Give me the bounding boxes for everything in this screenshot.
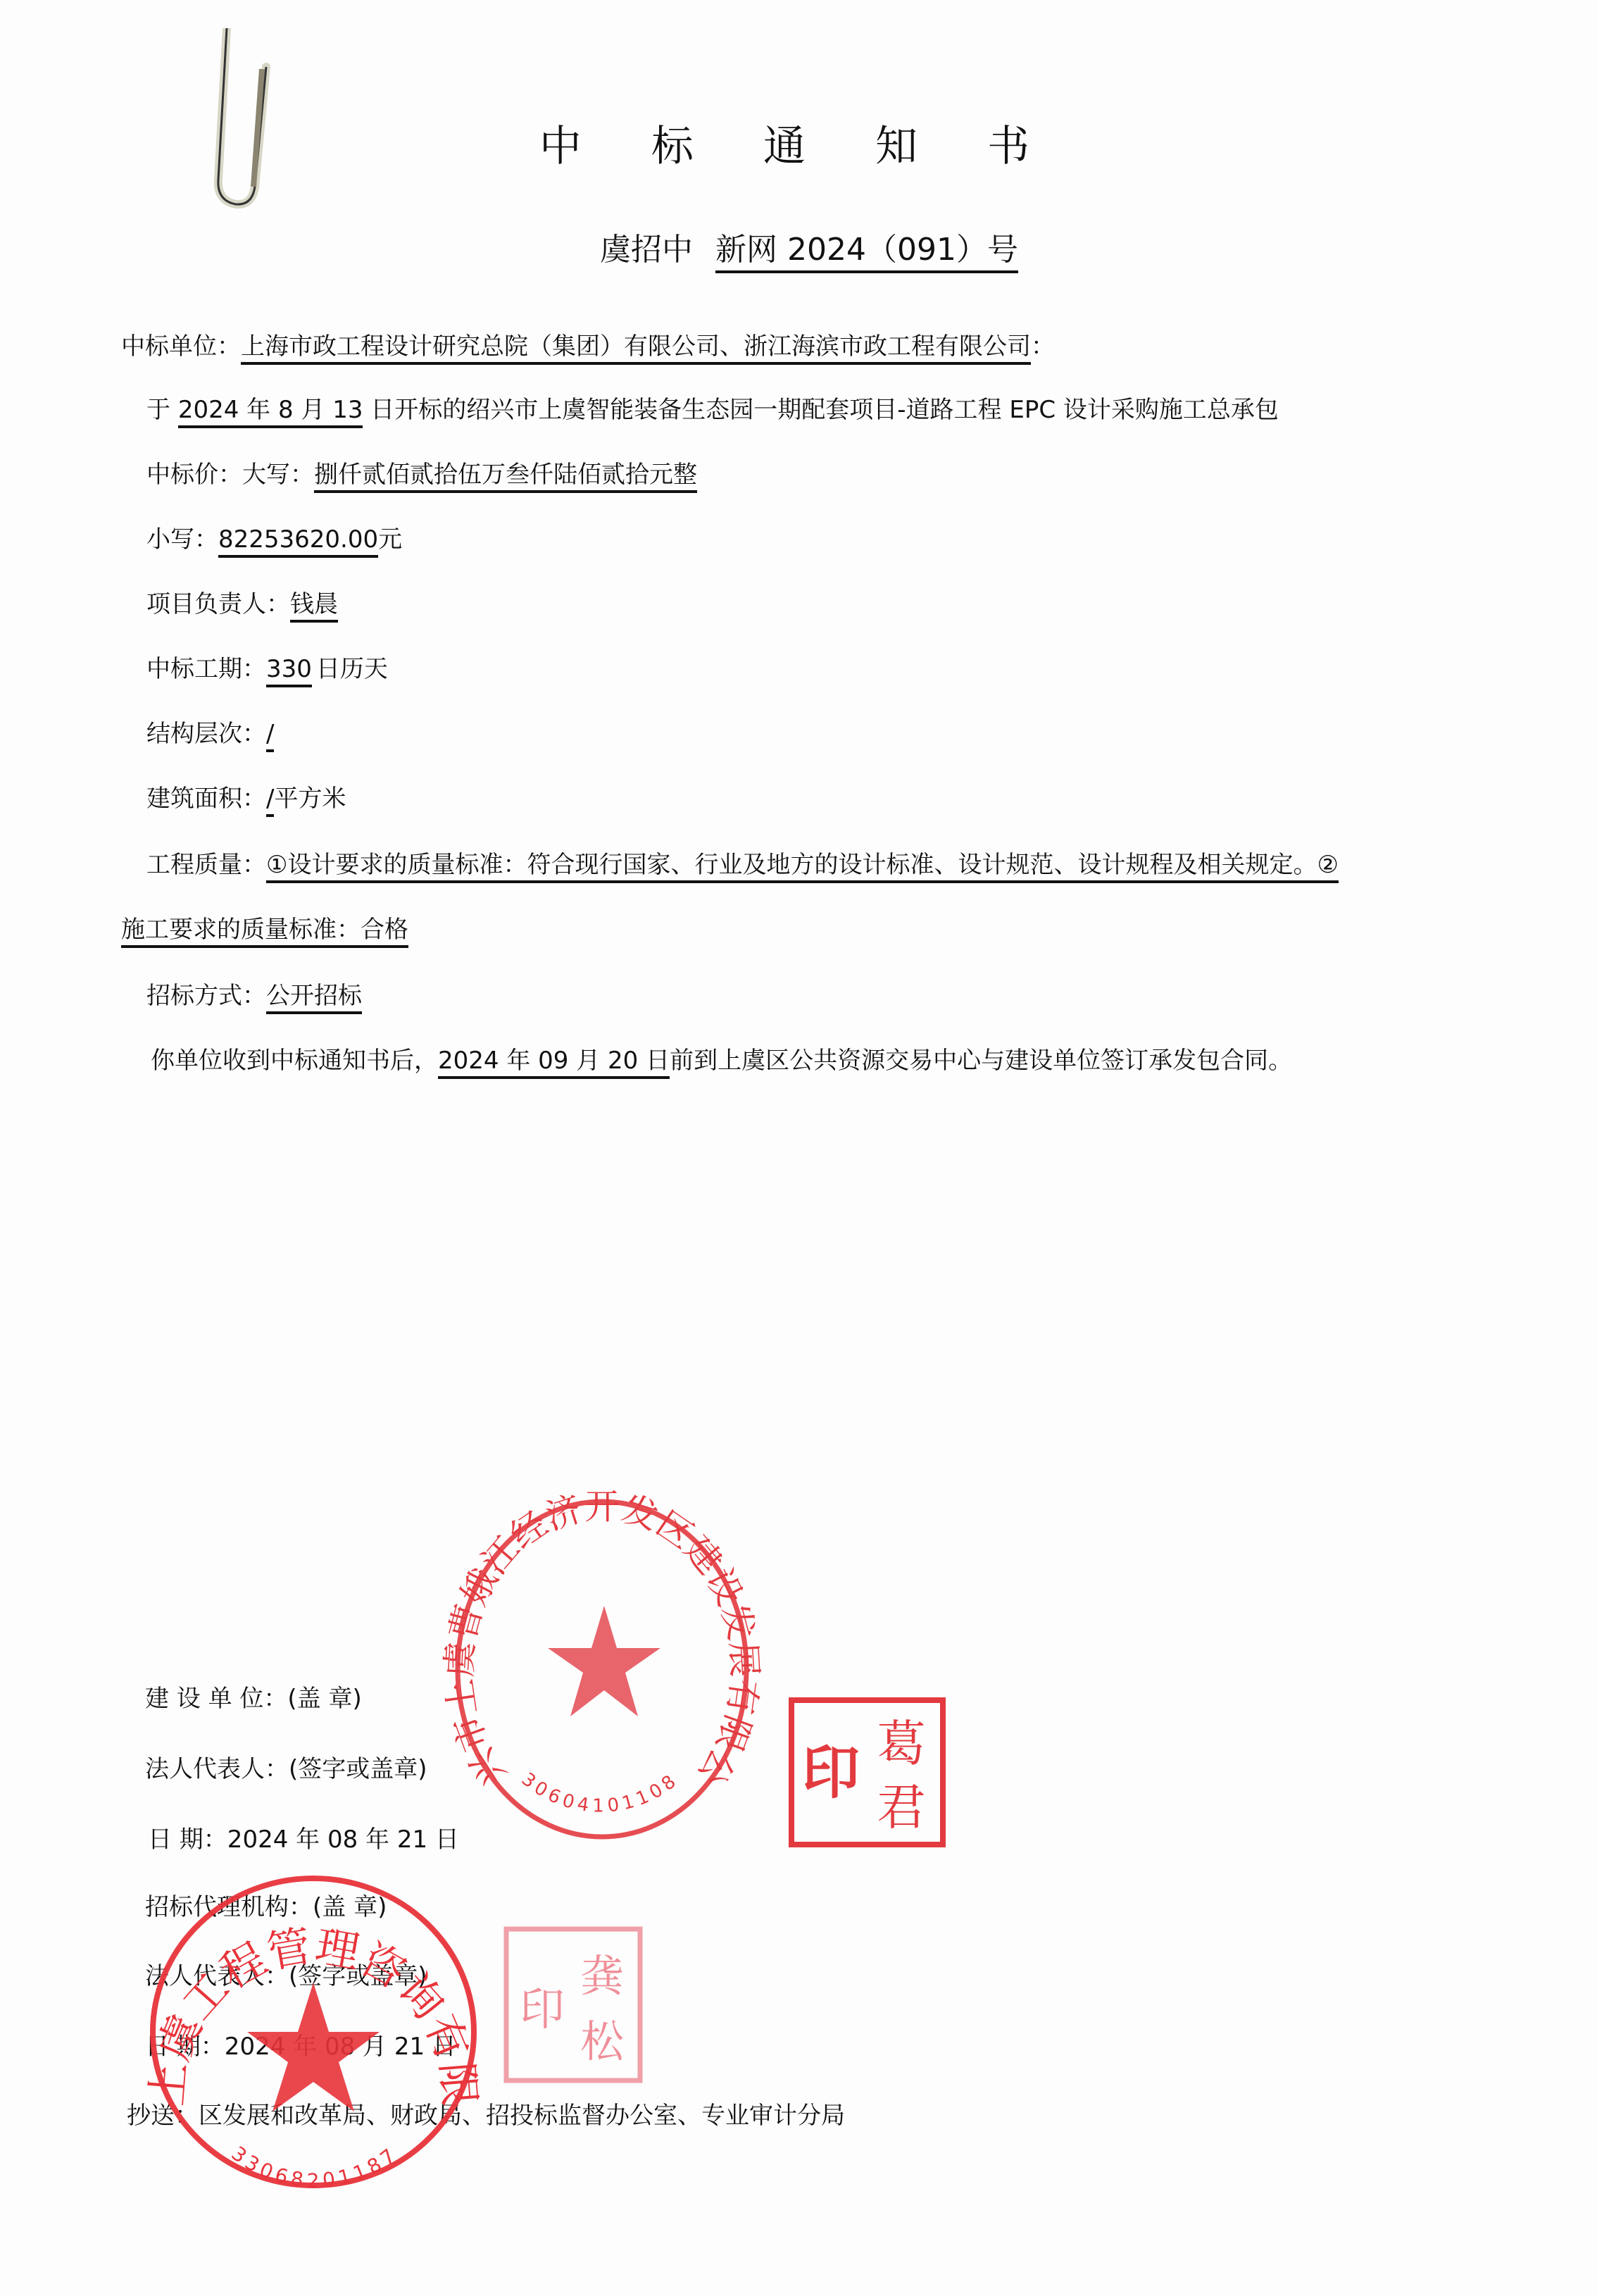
bid-method-label: 招标方式： xyxy=(146,982,266,1010)
svg-text:印: 印 xyxy=(802,1740,860,1807)
agency-personal-seal: 印 龚 松 xyxy=(503,1926,644,2088)
price-lower-line: 小写：82253620.00元 xyxy=(146,524,402,555)
winning-unit-label: 中标单位： xyxy=(121,332,241,361)
owner-unit-label: 建 设 单 位：(盖 章) xyxy=(145,1683,362,1714)
reference-value: 新网 2024（091）号 xyxy=(715,232,1018,273)
instruction-line: 你单位收到中标通知书后，2024 年 09 月 20 日前到上虞区公共资源交易中… xyxy=(151,1045,1292,1076)
price-upper-label: 中标价：大写： xyxy=(146,461,314,489)
agency-company-seal: 浙江上虞工程管理咨询有限公司 33068201187 xyxy=(144,1873,482,2193)
price-lower-value: 82253620.00 xyxy=(218,525,378,558)
price-upper-value: 捌仟贰佰贰拾伍万叁仟陆佰贰拾元整 xyxy=(314,461,697,493)
duration-label: 中标工期： xyxy=(146,655,266,683)
document-title: 中 标 通 知 书 xyxy=(0,113,1597,173)
project-name: 日开标的绍兴市上虞智能装备生态园一期配套项目-道路工程 EPC 设计采购施工总承… xyxy=(363,396,1278,424)
project-manager-line: 项目负责人：钱晨 xyxy=(146,589,338,620)
bid-method-line: 招标方式：公开招标 xyxy=(146,980,362,1011)
owner-personal-seal: 印 葛 君 xyxy=(789,1697,947,1852)
structure-line: 结构层次：/ xyxy=(146,718,274,749)
instruction-prefix: 你单位收到中标通知书后， xyxy=(151,1047,438,1075)
owner-date: 日 期：2024 年 08 年 21 日 xyxy=(148,1824,459,1855)
project-prefix: 于 xyxy=(146,396,178,424)
svg-text:33068201187: 33068201187 xyxy=(227,2142,403,2192)
project-manager-label: 项目负责人： xyxy=(146,590,290,618)
bid-method-value: 公开招标 xyxy=(266,982,362,1014)
winning-unit-suffix: ： xyxy=(1031,332,1055,361)
document-page: 中 标 通 知 书 虞招中 新网 2024（091）号 中标单位：上海市政工程设… xyxy=(0,0,1597,2296)
svg-text:印: 印 xyxy=(520,1984,565,2036)
price-lower-label: 小写： xyxy=(146,525,218,554)
quality-label: 工程质量： xyxy=(146,851,266,879)
winning-unit-value: 上海市政工程设计研究总院（集团）有限公司、浙江海滨市政工程有限公司 xyxy=(241,332,1031,365)
svg-text:松: 松 xyxy=(580,2016,625,2067)
reference-number: 虞招中 新网 2024（091）号 xyxy=(600,224,1018,269)
instruction-suffix: 前到上虞区公共资源交易中心与建设单位签订承发包合同。 xyxy=(670,1047,1292,1075)
price-upper-line: 中标价：大写：捌仟贰佰贰拾伍万叁仟陆佰贰拾元整 xyxy=(146,459,697,490)
project-manager-value: 钱晨 xyxy=(290,590,338,623)
structure-label: 结构层次： xyxy=(146,720,266,748)
quality-line-2: 施工要求的质量标准：合格 xyxy=(121,914,408,945)
quality-value-2: 施工要求的质量标准：合格 xyxy=(121,916,408,948)
reference-prefix: 虞招中 xyxy=(600,232,693,268)
svg-text:龚: 龚 xyxy=(580,1950,625,2002)
project-line: 于 2024 年 8 月 13 日开标的绍兴市上虞智能装备生态园一期配套项目-道… xyxy=(146,394,1279,425)
duration-unit: 日历天 xyxy=(316,655,388,683)
quality-value-1: ①设计要求的质量标准：符合现行国家、行业及地方的设计标准、设计规范、设计规程及相… xyxy=(266,851,1339,883)
contract-deadline: 2024 年 09 月 20 日 xyxy=(438,1047,670,1079)
area-value: / xyxy=(266,785,274,817)
duration-line: 中标工期：330日历天 xyxy=(146,654,388,685)
structure-value: / xyxy=(266,720,274,752)
star-icon xyxy=(548,1606,660,1716)
owner-legal-rep-label: 法人代表人：(签字或盖章) xyxy=(145,1754,427,1785)
area-unit: 平方米 xyxy=(274,785,346,813)
star-icon xyxy=(247,1983,380,2111)
bid-open-date: 2024 年 8 月 13 xyxy=(178,396,363,428)
owner-company-seal: 绍兴市上虞曹娥江经济开发区建设发展有限公司 3306041011083 xyxy=(451,1497,753,1845)
area-label: 建筑面积： xyxy=(146,785,266,813)
price-lower-unit: 元 xyxy=(378,525,402,554)
svg-text:葛: 葛 xyxy=(877,1715,926,1773)
area-line: 建筑面积：/平方米 xyxy=(146,783,346,814)
svg-text:君: 君 xyxy=(877,1778,926,1836)
winning-unit-line: 中标单位：上海市政工程设计研究总院（集团）有限公司、浙江海滨市政工程有限公司： xyxy=(121,331,1055,362)
quality-line-1: 工程质量：①设计要求的质量标准：符合现行国家、行业及地方的设计标准、设计规范、设… xyxy=(146,849,1339,880)
duration-value: 330 xyxy=(266,655,312,687)
